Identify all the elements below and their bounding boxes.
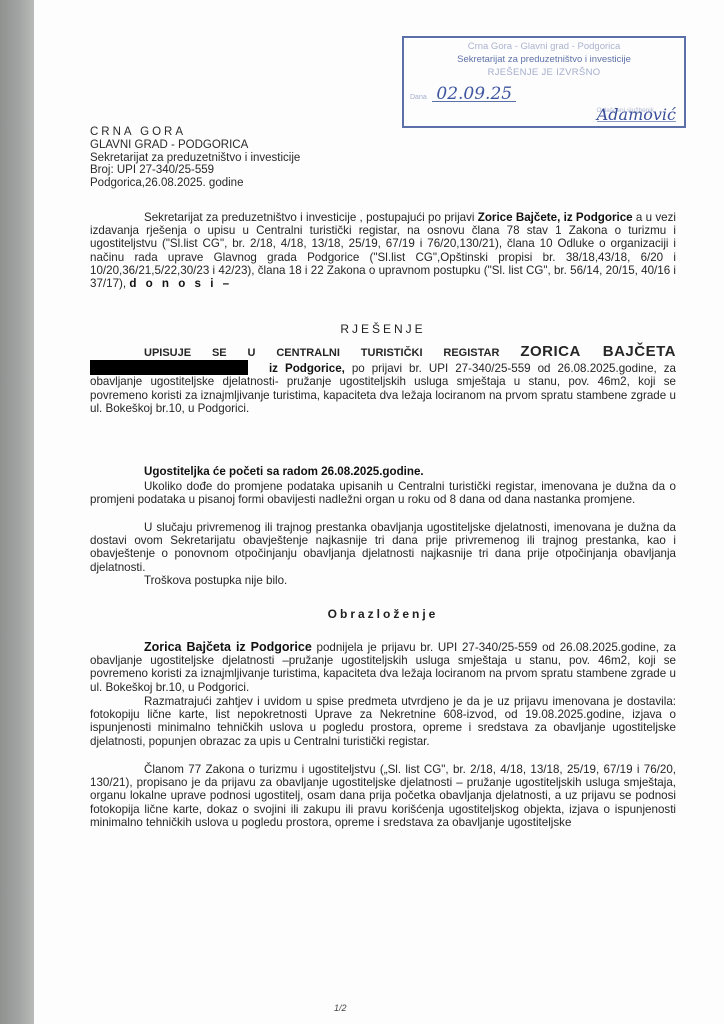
reasoning-paragraph-2: Razmatrajući zahtjev i uvidom u spise pr… [90, 695, 676, 748]
stamp-line-2: Sekretarijat za preduzetništvo i investi… [404, 53, 684, 66]
scan-edge-strip [0, 0, 34, 1024]
decision-name: ZORICA BAJČETA [520, 343, 676, 360]
reasoning-paragraph-1: Zorica Bajčeta iz Podgorice podnijela je… [90, 641, 676, 694]
decision-caps: UPISUJE SE U CENTRALNI TURISTIČKI REGIST… [144, 347, 520, 359]
decision-paragraph-5: Troškova postupka nije bilo. [90, 574, 676, 587]
enforcement-stamp: Crna Gora - Glavni grad - Podgorica Sekr… [402, 36, 686, 128]
redacted-block [90, 360, 248, 375]
applicant-name: Zorice Bajčete, iz Podgorice [478, 211, 633, 224]
stamp-line-1: Crna Gora - Glavni grad - Podgorica [404, 40, 684, 53]
intro-donosi: d o n o s i – [129, 277, 232, 290]
stamp-date-label: Dana [410, 94, 427, 101]
stamp-date-value: 02.09.25 [432, 88, 516, 102]
header-place-date: Podgorica,26.08.2025. godine [90, 177, 300, 190]
start-date-statement: Ugostiteljka će početi sa radom 26.08.20… [144, 465, 424, 478]
reasoning-title: Obrazloženje [90, 607, 676, 621]
decision-paragraph-3: Ukoliko dođe do promjene podataka upisan… [90, 480, 676, 506]
header-office: Sekretarijat za preduzetništvo i investi… [90, 152, 300, 165]
decision-paragraph-4: U slučaju privremenog ili trajnog presta… [90, 521, 676, 574]
signature: Adamović [597, 108, 676, 122]
stamp-date-row: Dana 02.09.25 [410, 88, 610, 104]
reasoning-name: Zorica Bajčeta iz Podgorice [144, 640, 312, 654]
header-city: GLAVNI GRAD - PODGORICA [90, 139, 300, 152]
decision-title: RJEŠENJE [90, 322, 676, 336]
page-number: 1/2 [334, 1003, 347, 1013]
reasoning-paragraph-3: Članom 77 Zakona o turizmu i ugostiteljs… [90, 763, 676, 829]
decision-paragraph-2: Ugostiteljka će početi sa radom 26.08.20… [90, 465, 676, 478]
header-number: Broj: UPI 27-340/25-559 [90, 164, 300, 177]
intro-paragraph: Sekretarijat za preduzetništvo i investi… [90, 211, 676, 290]
decision-place: iz Podgorice, [269, 362, 345, 375]
intro-text-a: Sekretarijat za preduzetništvo i investi… [144, 211, 478, 224]
header-country: CRNA GORA [90, 126, 300, 139]
decision-paragraph-1: UPISUJE SE U CENTRALNI TURISTIČKI REGIST… [90, 345, 676, 415]
document-header: CRNA GORA GLAVNI GRAD - PODGORICA Sekret… [90, 126, 300, 190]
stamp-line-3: RJEŠENJE JE IZVRŠNO [404, 66, 684, 79]
